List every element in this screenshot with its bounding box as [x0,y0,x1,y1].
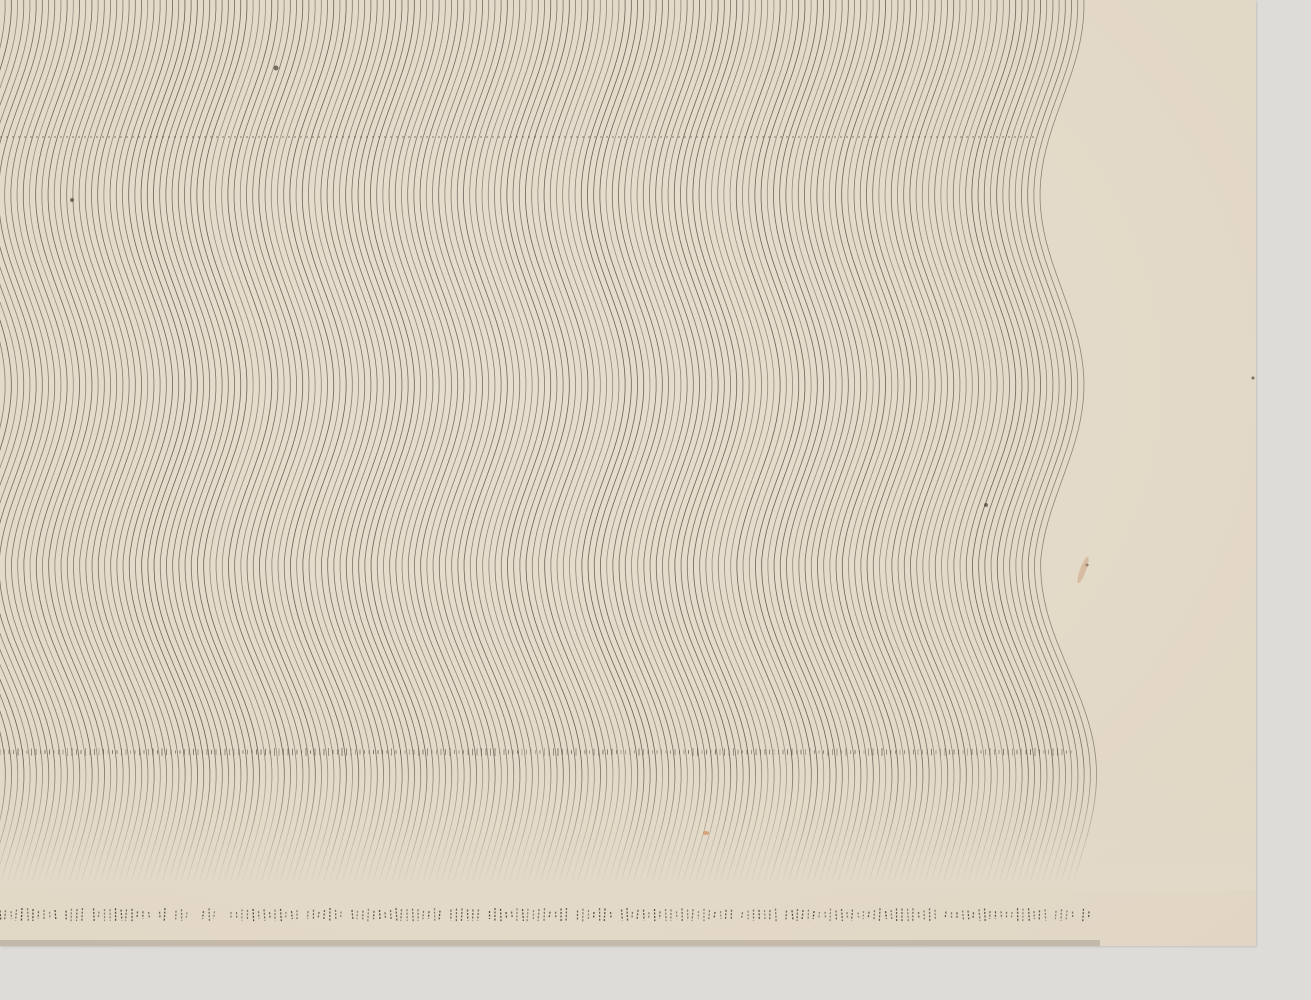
wavy-line-drawing [0,0,1256,946]
tick-row [0,748,1071,756]
photo-stage: Wavy line drawing on paper (detail) [0,0,1311,1000]
bottom-mark-row [0,908,1089,922]
wavy-lines [0,0,1097,880]
